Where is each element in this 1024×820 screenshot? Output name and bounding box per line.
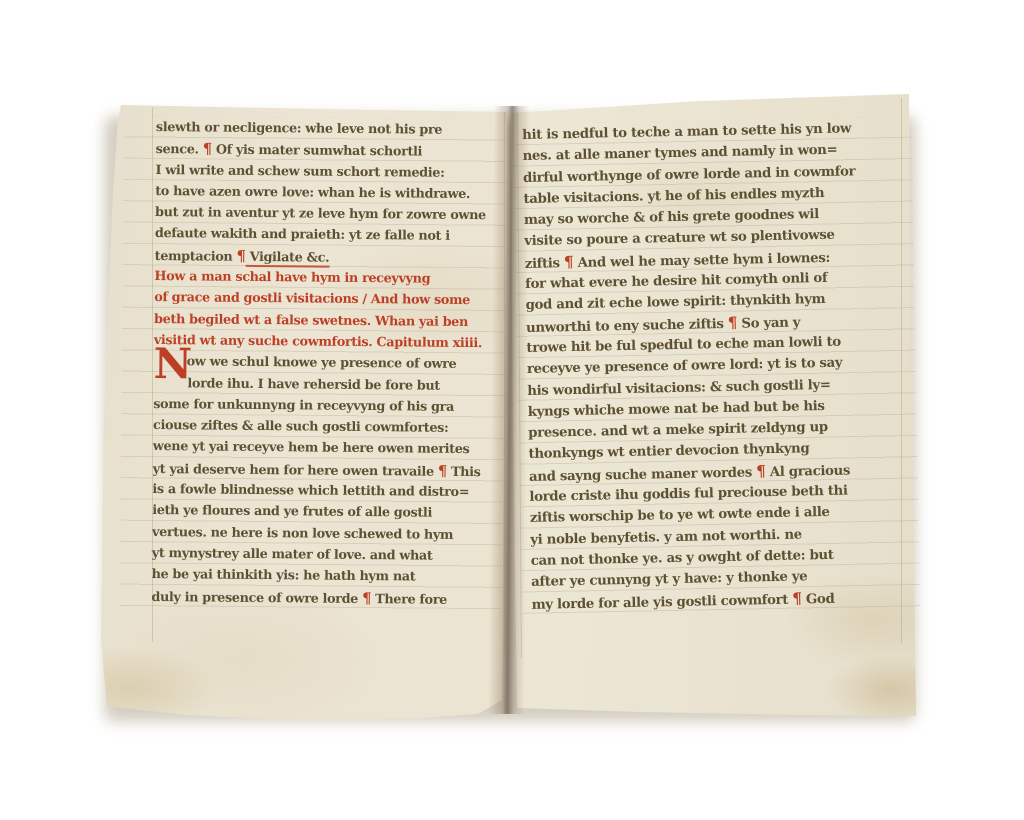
text-segment: defaute wakith and praieth: yt ze falle …: [155, 226, 450, 244]
text-segment: lorde criste ihu goddis ful preciouse be…: [529, 484, 847, 505]
text-segment: temptacion: [155, 249, 237, 265]
text-segment: slewth or necligence: whe leve not his p…: [156, 120, 442, 138]
text-segment: of grace and gostli visitacions / And ho…: [154, 290, 470, 308]
text-segment: can not thonke ye. as y owght of dette: …: [531, 548, 834, 569]
manuscript-line: of grace and gostli visitacions / And ho…: [154, 287, 506, 312]
text-segment: vertues. ne here is non love schewed to …: [152, 525, 453, 543]
text-segment: ziftis: [525, 256, 564, 272]
manuscript-line: duly in presence of owre lorde ¶ There f…: [151, 586, 503, 611]
text-segment: nes. at alle maner tymes and namly in wo…: [522, 143, 837, 164]
text-segment: Of yis mater sumwhat schortli: [212, 143, 422, 160]
text-segment: his wondirful visitacions: & such gostli…: [527, 377, 830, 398]
text-segment: is a fowle blindnesse which lettith and …: [152, 482, 469, 500]
text-segment: beth begiled wt a false swetnes. Whan ya…: [154, 312, 468, 330]
right-page-text: hit is nedful to teche a man to sette hi…: [522, 117, 916, 614]
manuscript-line: Now we schul knowe ye presence of owre: [154, 351, 506, 376]
text-segment: receyve ye presence of owre lord: yt is …: [527, 356, 843, 377]
text-segment: duly in presence of owre lorde: [151, 590, 362, 607]
pilcrow-mark: ¶: [203, 141, 212, 158]
pilcrow-mark: ¶: [362, 590, 371, 607]
text-segment: some for unkunnyng in receyvyng of his g…: [153, 397, 454, 415]
text-segment: Vigilate &c.: [245, 250, 329, 268]
text-segment: presence. and wt a meke spirit zeldyng u…: [528, 420, 828, 441]
pilcrow-mark: ¶: [792, 589, 802, 607]
text-segment: sence.: [156, 142, 203, 157]
text-segment: thonkyngs wt entier devocion thynkyng: [528, 442, 809, 463]
manuscript-line: ieth ye floures and ye frutes of alle go…: [152, 500, 504, 525]
pilcrow-mark: ¶: [728, 313, 738, 331]
text-segment: he be yai thinkith yis: he hath hym nat: [152, 567, 416, 585]
text-segment: yt mynystrey alle mater of love. and wha…: [152, 546, 433, 564]
text-segment: yi noble benyfetis. y am not worthi. ne: [530, 527, 802, 547]
text-segment: lorde ihu. I have rehersid be fore but: [187, 376, 440, 393]
manuscript-line: he be yai thinkith yis: he hath hym nat: [152, 564, 504, 589]
pilcrow-mark: ¶: [756, 462, 766, 480]
manuscript-line: wene yt yai receyve hem be here owen mer…: [153, 436, 505, 461]
text-segment: visitid wt any suche cowmfortis. Capitul…: [154, 333, 482, 351]
text-segment: may so worche & of his grete goodnes wil: [524, 207, 819, 228]
text-segment: This: [447, 465, 481, 480]
text-segment: wene yt yai receyve hem be here owen mer…: [153, 439, 470, 457]
text-segment: trowe hit be ful spedful to eche man low…: [526, 335, 841, 356]
text-segment: ciouse ziftes & alle such gostli cowmfor…: [153, 418, 448, 436]
text-segment: kyngs whiche mowe nat be had but be his: [528, 399, 825, 420]
text-segment: unworthi to eny suche ziftis: [526, 317, 728, 336]
text-segment: for what evere he desire hit comyth onli…: [525, 271, 827, 292]
manuscript-line: sence. ¶ Of yis mater sumwhat schortli: [156, 138, 508, 163]
text-segment: ziftis worschip be to ye wt owte ende i …: [530, 505, 830, 526]
pilcrow-mark: ¶: [236, 248, 245, 265]
text-segment: visite so poure a creature wt so plentiv…: [524, 228, 834, 249]
text-segment: table visitacions. yt he of his endles m…: [523, 186, 824, 207]
text-segment: and sayng suche maner wordes: [529, 465, 756, 485]
illuminated-initial: N: [154, 353, 187, 374]
text-segment: So yan y: [737, 315, 800, 331]
pilcrow-mark: ¶: [564, 253, 574, 271]
text-segment: ow we schul knowe ye presence of owre: [187, 355, 457, 373]
open-manuscript-book: slewth or necligence: whe leve not his p…: [0, 0, 1024, 820]
text-segment: my lorde for alle yis gostli cowmfort: [531, 592, 792, 612]
text-segment: but zut in aventur yt ze leve hym for zo…: [155, 205, 486, 223]
text-segment: after ye cunnyng yt y have: y thonke ye: [531, 570, 807, 591]
manuscript-line: defaute wakith and praieth: yt ze falle …: [155, 223, 507, 248]
text-segment: How a man schal have hym in receyvyng: [154, 269, 430, 287]
left-page-text: slewth or necligence: whe leve not his p…: [151, 117, 508, 610]
text-segment: god and zit eche lowe spirit: thynkith h…: [525, 292, 825, 313]
text-segment: Al gracious: [765, 463, 850, 480]
text-segment: to have azen owre love: whan he is withd…: [155, 184, 470, 202]
text-segment: I wil write and schew sum schort remedie…: [155, 163, 444, 181]
text-segment: yt yai deserve hem for here owen travail…: [153, 462, 438, 480]
text-segment: There fore: [371, 592, 447, 608]
text-segment: God: [802, 591, 835, 607]
text-segment: ieth ye floures and ye frutes of alle go…: [152, 503, 432, 521]
